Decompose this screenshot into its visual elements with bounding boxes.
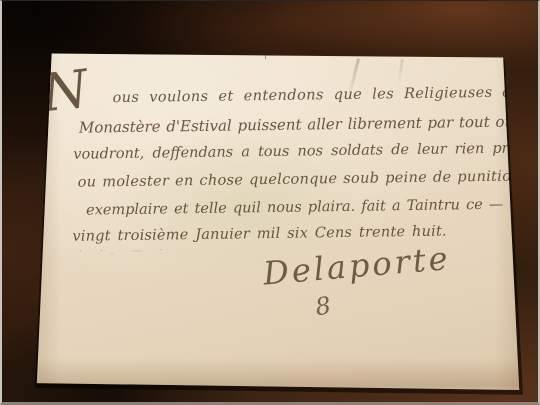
paraph-flourish: 8 — [313, 291, 332, 321]
letter-line: exemplaire et telle quil nous plaira. fa… — [86, 197, 503, 219]
letter-line: voudront, deffendans a tous nos soldats … — [73, 140, 540, 163]
letter-line: ou molester en chose quelconque soub pei… — [78, 168, 540, 190]
signature: Delaporte — [262, 239, 452, 293]
handwritten-text-layer: † N ous voulons et entendons que les Rel… — [0, 0, 540, 405]
letter-line: vingt troisième Januier mil six Cens tre… — [72, 224, 447, 245]
manuscript-paper: † N ous voulons et entendons que les Rel… — [2, 1, 538, 402]
letter-line: ous voulons et entendons que les Religie… — [112, 84, 540, 106]
ghost-writing: · ·. — · — [79, 243, 171, 257]
ink-mark: † — [263, 50, 268, 61]
drop-cap-initial: N — [39, 59, 91, 124]
photo-background: † N ous voulons et entendons que les Rel… — [0, 0, 540, 405]
letter-line: Monastère d'Estival puissent aller libre… — [79, 112, 539, 136]
